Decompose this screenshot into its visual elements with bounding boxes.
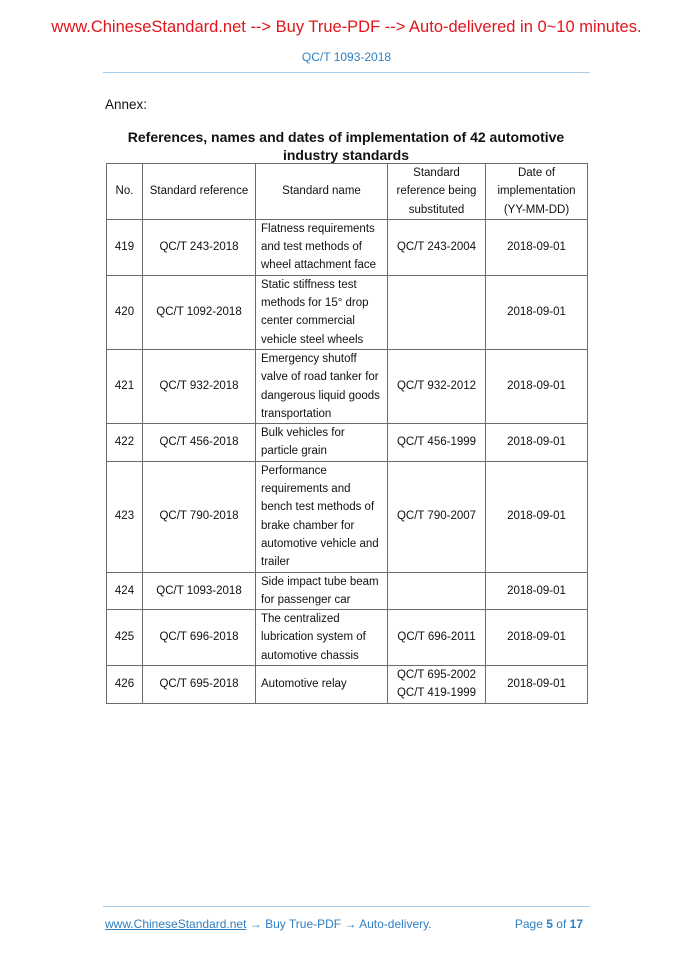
cell-implementation-date: 2018-09-01 — [486, 275, 588, 349]
cell-substituted-reference — [388, 275, 486, 349]
cell-substituted-reference: QC/T 696-2011 — [388, 610, 486, 666]
table-row: 423QC/T 790-2018Performance requirements… — [107, 461, 588, 572]
cell-implementation-date: 2018-09-01 — [486, 572, 588, 610]
annex-label: Annex: — [105, 97, 147, 112]
page-label: Page — [515, 917, 543, 931]
substituted-reference: QC/T 790-2007 — [392, 507, 481, 525]
cell-standard-name: Emergency shutoff valve of road tanker f… — [256, 349, 388, 423]
footer-divider — [103, 906, 590, 907]
cell-standard-name: Flatness requirements and test methods o… — [256, 219, 388, 275]
cell-no: 422 — [107, 424, 143, 462]
cell-no: 426 — [107, 666, 143, 704]
table-row: 420QC/T 1092-2018Static stiffness test m… — [107, 275, 588, 349]
cell-substituted-reference: QC/T 243-2004 — [388, 219, 486, 275]
cell-substituted-reference — [388, 572, 486, 610]
standards-table: No. Standard reference Standard name Sta… — [106, 163, 588, 704]
footer-promo-text: → Buy True-PDF → Auto-delivery. — [246, 917, 431, 931]
cell-implementation-date: 2018-09-01 — [486, 610, 588, 666]
cell-no: 421 — [107, 349, 143, 423]
page-indicator: Page 5 of 17 — [515, 917, 583, 931]
page-of-label: of — [556, 917, 566, 931]
substituted-reference: QC/T 419-1999 — [392, 684, 481, 702]
substituted-reference: QC/T 695-2002 — [392, 666, 481, 684]
table-row: 422QC/T 456-2018Bulk vehicles for partic… — [107, 424, 588, 462]
footer-site-link[interactable]: www.ChineseStandard.net — [105, 917, 246, 931]
cell-standard-reference: QC/T 696-2018 — [143, 610, 256, 666]
cell-standard-reference: QC/T 695-2018 — [143, 666, 256, 704]
cell-standard-reference: QC/T 1093-2018 — [143, 572, 256, 610]
promo-banner[interactable]: www.ChineseStandard.net --> Buy True-PDF… — [0, 18, 693, 37]
column-header-implementation-date: Date of implementation (YY-MM-DD) — [486, 164, 588, 220]
cell-standard-reference: QC/T 790-2018 — [143, 461, 256, 572]
header-divider — [103, 72, 590, 73]
table-title: References, names and dates of implement… — [105, 128, 587, 164]
cell-standard-name: Side impact tube beam for passenger car — [256, 572, 388, 610]
column-header-no: No. — [107, 164, 143, 220]
table-row: 419QC/T 243-2018Flatness requirements an… — [107, 219, 588, 275]
cell-substituted-reference: QC/T 790-2007 — [388, 461, 486, 572]
cell-implementation-date: 2018-09-01 — [486, 219, 588, 275]
substituted-reference: QC/T 456-1999 — [392, 433, 481, 451]
substituted-reference: QC/T 243-2004 — [392, 238, 481, 256]
cell-substituted-reference: QC/T 932-2012 — [388, 349, 486, 423]
cell-standard-reference: QC/T 456-2018 — [143, 424, 256, 462]
cell-no: 425 — [107, 610, 143, 666]
cell-standard-name: The centralized lubrication system of au… — [256, 610, 388, 666]
column-header-standard-reference: Standard reference — [143, 164, 256, 220]
table-body: 419QC/T 243-2018Flatness requirements an… — [107, 219, 588, 703]
table-row: 421QC/T 932-2018Emergency shutoff valve … — [107, 349, 588, 423]
page-total: 17 — [570, 917, 583, 931]
table-row: 426QC/T 695-2018Automotive relayQC/T 695… — [107, 666, 588, 704]
cell-substituted-reference: QC/T 456-1999 — [388, 424, 486, 462]
table-row: 425QC/T 696-2018The centralized lubricat… — [107, 610, 588, 666]
cell-standard-name: Automotive relay — [256, 666, 388, 704]
footer-promo: www.ChineseStandard.net → Buy True-PDF →… — [105, 917, 432, 931]
cell-standard-reference: QC/T 1092-2018 — [143, 275, 256, 349]
cell-no: 423 — [107, 461, 143, 572]
cell-implementation-date: 2018-09-01 — [486, 424, 588, 462]
cell-implementation-date: 2018-09-01 — [486, 349, 588, 423]
cell-substituted-reference: QC/T 695-2002QC/T 419-1999 — [388, 666, 486, 704]
cell-implementation-date: 2018-09-01 — [486, 461, 588, 572]
cell-standard-name: Performance requirements and bench test … — [256, 461, 388, 572]
cell-standard-reference: QC/T 243-2018 — [143, 219, 256, 275]
table-row: 424QC/T 1093-2018Side impact tube beam f… — [107, 572, 588, 610]
substituted-reference: QC/T 932-2012 — [392, 377, 481, 395]
column-header-standard-name: Standard name — [256, 164, 388, 220]
cell-standard-reference: QC/T 932-2018 — [143, 349, 256, 423]
cell-no: 424 — [107, 572, 143, 610]
page-current: 5 — [546, 917, 553, 931]
cell-no: 419 — [107, 219, 143, 275]
cell-standard-name: Bulk vehicles for particle grain — [256, 424, 388, 462]
document-code-header: QC/T 1093-2018 — [0, 50, 693, 64]
cell-no: 420 — [107, 275, 143, 349]
cell-standard-name: Static stiffness test methods for 15° dr… — [256, 275, 388, 349]
table-header-row: No. Standard reference Standard name Sta… — [107, 164, 588, 220]
column-header-substituted-reference: Standard reference being substituted — [388, 164, 486, 220]
cell-implementation-date: 2018-09-01 — [486, 666, 588, 704]
substituted-reference: QC/T 696-2011 — [392, 628, 481, 646]
